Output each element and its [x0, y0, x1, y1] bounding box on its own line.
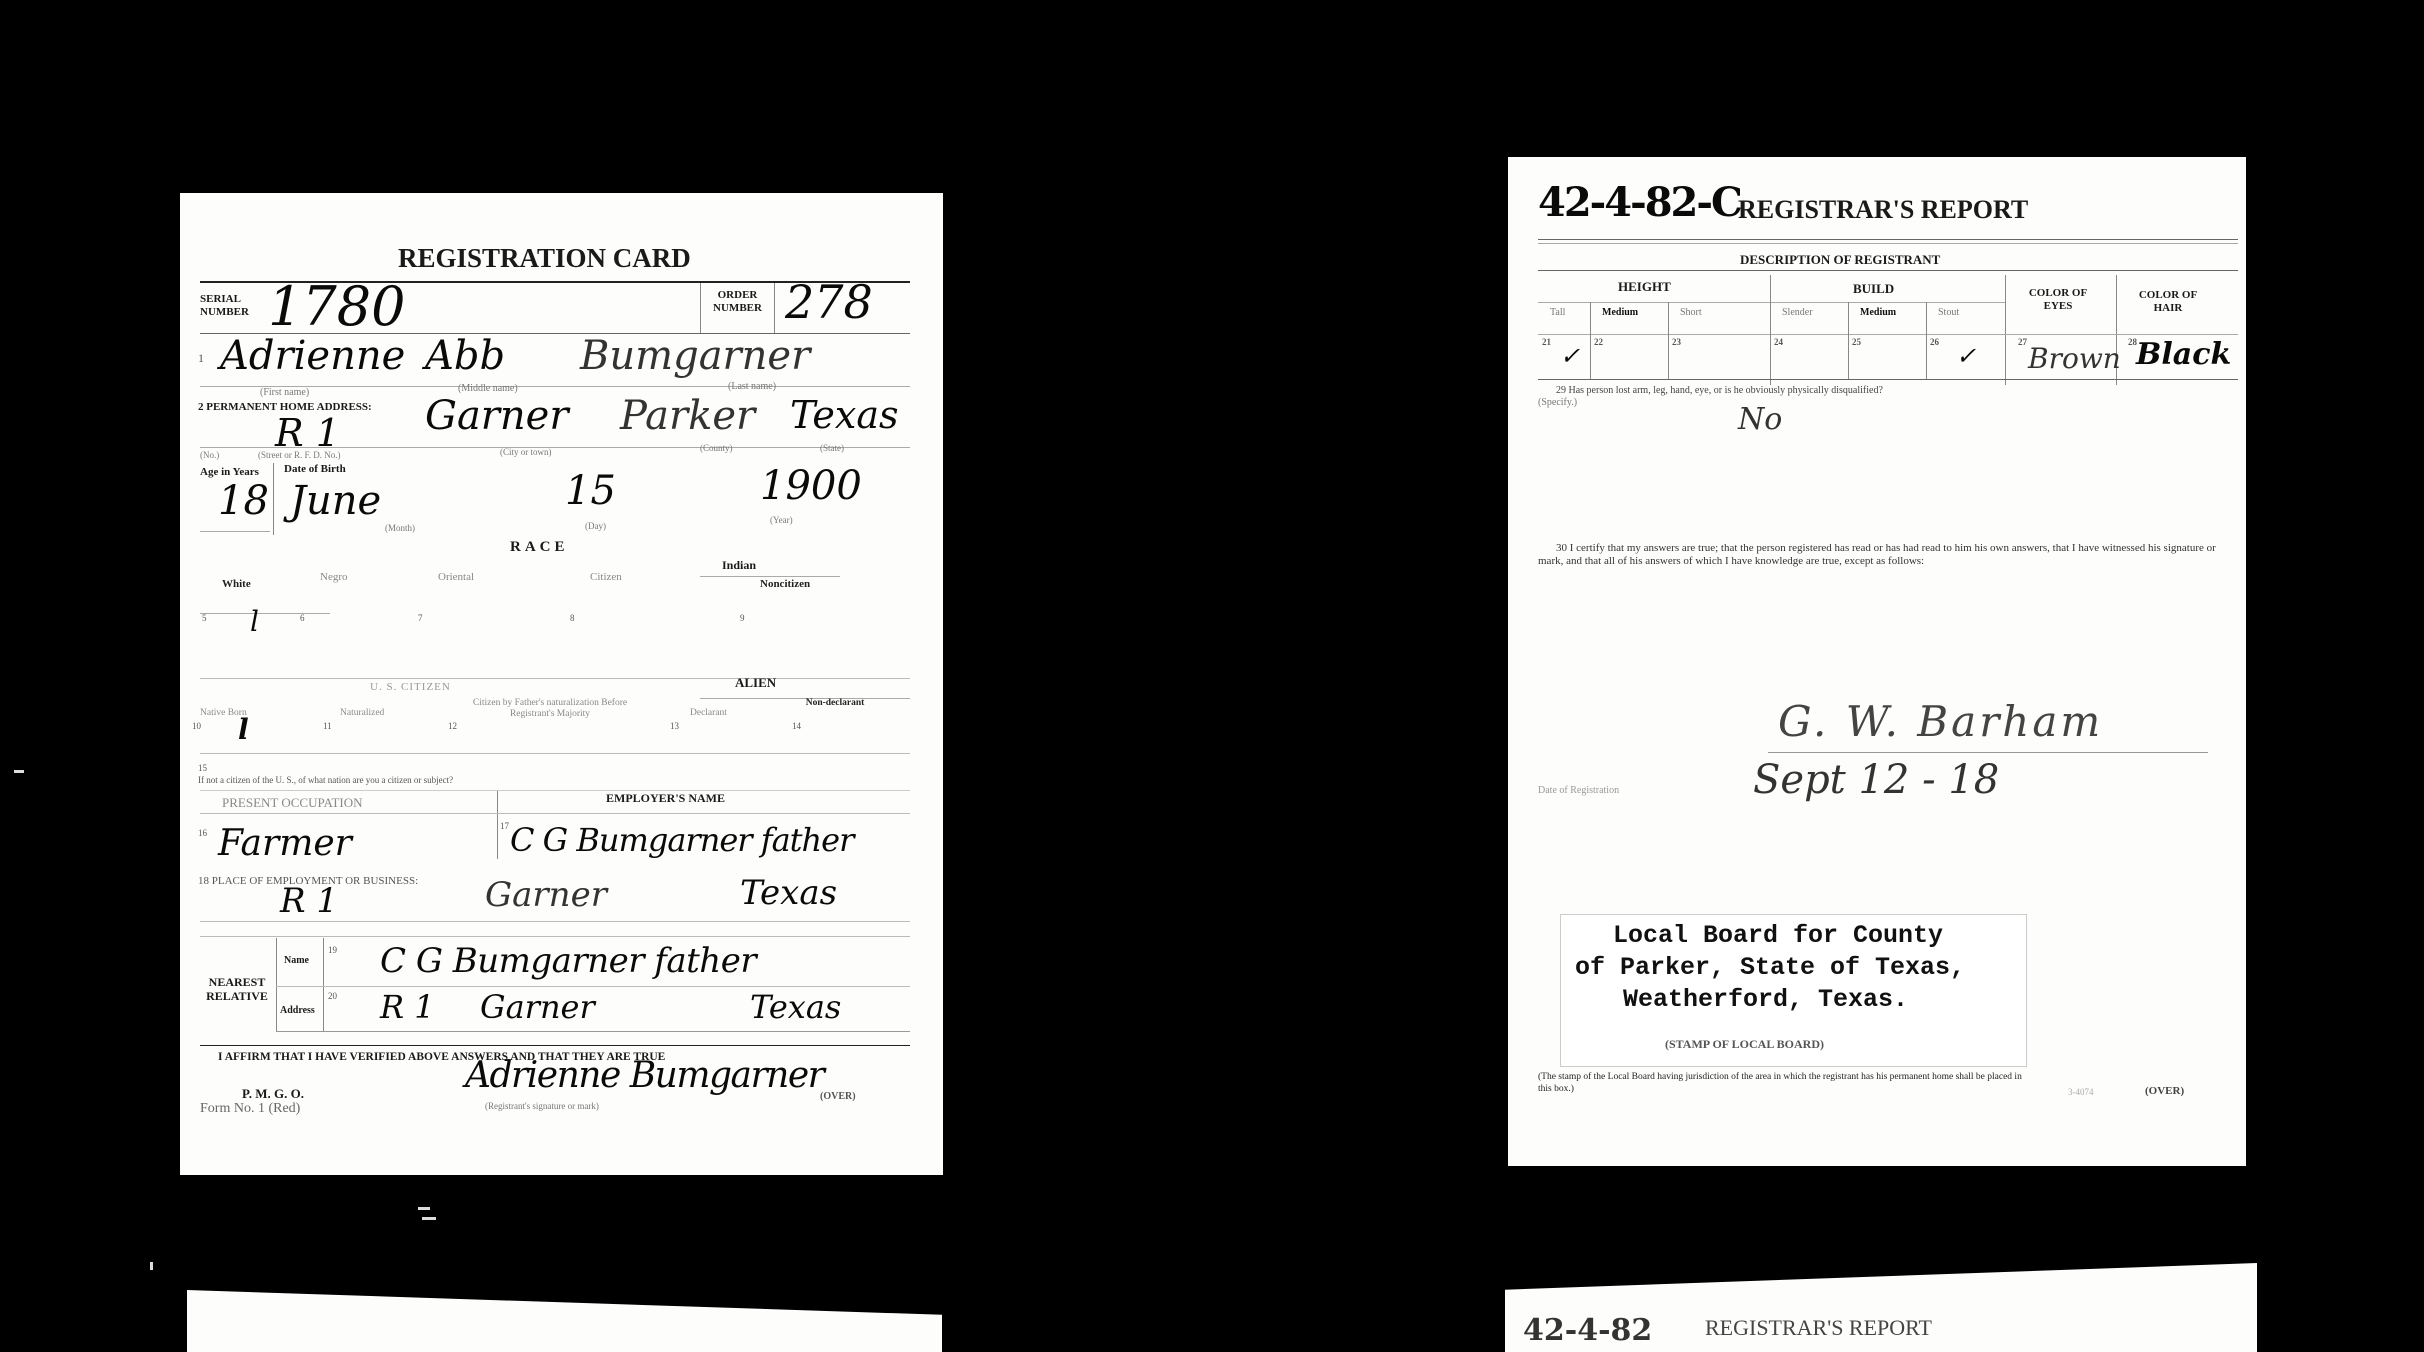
field-number: 1: [198, 351, 204, 366]
handwritten-code: 42-4-82-C: [1538, 179, 1741, 226]
native-born-mark: l: [238, 713, 249, 746]
citizen-heading: U. S. CITIZEN: [370, 681, 451, 693]
race-heading: RACE: [510, 539, 569, 556]
stamp-line: Weatherford, Texas.: [1623, 985, 1908, 1014]
question-29-specify: (Specify.): [1538, 397, 1577, 408]
field-number: 8: [570, 613, 575, 623]
dob-label: Date of Birth: [284, 463, 346, 475]
home-state: Texas: [790, 393, 898, 437]
stamp-line: Local Board for County: [1613, 921, 1943, 950]
order-number: 278: [785, 275, 873, 329]
field-number: 9: [740, 613, 745, 623]
field-number: 27: [2018, 337, 2027, 347]
field-number: 15: [198, 763, 207, 773]
serial-label: SERIAL NUMBER: [200, 293, 262, 319]
height-tall-mark: ✓: [1560, 342, 1580, 370]
description-column-label: Medium: [1602, 307, 1638, 318]
next-registrars-report-peek: 42-4-82 REGISTRAR'S REPORT: [1505, 1263, 2257, 1352]
registration-date: Sept 12 - 18: [1753, 757, 1999, 803]
race-column-label: White: [222, 578, 251, 590]
eye-color-value: Brown: [2028, 342, 2121, 375]
field-number: 14: [792, 721, 801, 731]
nearest-relative-label: NEAREST RELATIVE: [202, 975, 272, 1003]
field-number: 13: [670, 721, 679, 731]
first-name: Adrienne: [220, 333, 405, 379]
field-number: 28: [2128, 337, 2137, 347]
eye-color-heading: COLOR OF EYES: [2023, 287, 2093, 313]
description-column-label: Short: [1680, 307, 1702, 318]
report-title: REGISTRAR'S REPORT: [1738, 195, 2028, 225]
employer-heading: EMPLOYER'S NAME: [606, 791, 725, 806]
middle-name: Abb: [425, 333, 505, 379]
description-column-label: Stout: [1938, 307, 1959, 318]
dob-year-label: (Year): [770, 515, 793, 525]
field-number: 12: [448, 721, 457, 731]
employment-state: Texas: [740, 873, 837, 913]
field-number: 10: [192, 721, 201, 731]
field-number: 11: [323, 721, 332, 731]
order-label: ORDER NUMBER: [705, 289, 770, 315]
field-number: 20: [328, 991, 337, 1001]
form-code: 3-4074: [2068, 1087, 2094, 1097]
over-label: (OVER): [2145, 1085, 2184, 1097]
table-divider: [1770, 302, 1771, 379]
home-county: Parker: [620, 393, 755, 439]
scan-artifact: [418, 1207, 430, 1210]
table-divider: [1668, 302, 1669, 379]
height-heading: HEIGHT: [1618, 279, 1671, 295]
addr-county-label: (County): [700, 443, 733, 453]
relative-name-value: C G Bumgarner father: [380, 941, 756, 981]
scan-artifact: [150, 1262, 153, 1270]
field-number: 21: [1542, 337, 1551, 347]
last-name: Bumgarner: [580, 333, 810, 379]
registration-card: REGISTRATION CARD SERIAL NUMBER 1780 ORD…: [180, 193, 943, 1175]
build-stout-mark: ✓: [1956, 342, 1976, 370]
addr-state-label: (State): [820, 443, 844, 453]
field15-label: If not a citizen of the U. S., of what n…: [198, 775, 453, 785]
field-number: 22: [1594, 337, 1603, 347]
occupation-heading: PRESENT OCCUPATION: [222, 795, 363, 811]
stamp-note: (The stamp of the Local Board having jur…: [1538, 1071, 2028, 1095]
occupation-value: Farmer: [218, 823, 352, 864]
race-column-label: Oriental: [438, 571, 474, 583]
employer-value: C G Bumgarner father: [510, 821, 853, 859]
registrant-signature: Adrienne Bumgarner: [465, 1055, 823, 1096]
dob-day: 15: [565, 468, 616, 514]
hair-color-value: Black: [2136, 337, 2231, 372]
dob-day-label: (Day): [585, 521, 606, 531]
field-number: 26: [1930, 337, 1939, 347]
first-name-label: (First name): [260, 387, 309, 398]
citizen-column-label: Naturalized: [340, 708, 384, 718]
table-divider: [1848, 302, 1849, 379]
registrars-report-card: 42-4-82-C REGISTRAR'S REPORT DESCRIPTION…: [1508, 157, 2246, 1166]
date-label: Date of Registration: [1538, 785, 1619, 796]
race-column-label: Noncitizen: [760, 578, 810, 590]
local-board-stamp: Local Board for County of Parker, State …: [1560, 914, 2027, 1067]
relative-rfd: R 1: [380, 988, 435, 1026]
dob-month: June: [290, 478, 381, 524]
question-29-answer: No: [1738, 402, 1782, 437]
citizen-column-label: Citizen by Father's naturalization Befor…: [450, 698, 650, 720]
last-name-label: (Last name): [728, 381, 776, 392]
field-number: 25: [1852, 337, 1861, 347]
field-number: 19: [328, 945, 337, 955]
table-divider: [1926, 302, 1927, 379]
alien-heading: ALIEN: [735, 675, 776, 691]
race-white-mark: l: [250, 605, 259, 638]
signature-label: (Registrant's signature or mark): [485, 1101, 599, 1111]
over-label: (OVER): [820, 1091, 856, 1102]
description-column-label: Medium: [1860, 307, 1896, 318]
form-id: P. M. G. O.: [242, 1086, 304, 1102]
field-number: 6: [300, 613, 305, 623]
stamp-line: of Parker, State of Texas,: [1575, 953, 1965, 982]
build-heading: BUILD: [1853, 281, 1894, 297]
report-subtitle: DESCRIPTION OF REGISTRANT: [1740, 252, 1940, 268]
indian-label: Indian: [722, 558, 756, 573]
addr-no-label: (No.): [200, 450, 219, 460]
peek-code: 42-4-82: [1523, 1313, 1652, 1348]
citizen-column-label: Declarant: [690, 708, 727, 718]
table-divider: [1590, 302, 1591, 379]
stamp-label: (STAMP OF LOCAL BOARD): [1665, 1037, 1824, 1052]
scan-artifact: [14, 770, 24, 773]
relative-state: Texas: [750, 988, 841, 1026]
dob-month-label: (Month): [385, 523, 415, 533]
relative-city: Garner: [480, 988, 595, 1026]
form-number: Form No. 1 (Red): [200, 1101, 300, 1117]
registrar-signature: G. W. Barham: [1778, 697, 2103, 746]
field-number: 7: [418, 613, 423, 623]
home-rfd: R 1: [275, 411, 340, 455]
peek-title: REGISTRAR'S REPORT: [1705, 1315, 1932, 1341]
field-number: 23: [1672, 337, 1681, 347]
age-value: 18: [218, 478, 269, 524]
addr-street-label: (Street or R. F. D. No.): [258, 450, 341, 460]
employment-rfd: R 1: [280, 881, 338, 921]
race-column-label: Citizen: [590, 571, 622, 583]
hair-color-heading: COLOR OF HAIR: [2133, 289, 2203, 315]
field-number: 16: [198, 828, 207, 838]
field-number: 17: [500, 821, 509, 831]
card-title: REGISTRATION CARD: [398, 243, 691, 274]
serial-number: 1780: [268, 275, 405, 338]
description-column-label: Slender: [1782, 307, 1813, 318]
citizen-column-label: Non-declarant: [800, 698, 870, 708]
next-registration-card-peek: [187, 1290, 942, 1352]
employment-city: Garner: [485, 875, 607, 915]
field-number: 5: [202, 613, 207, 623]
field-number: 24: [1774, 337, 1783, 347]
age-label: Age in Years: [200, 466, 259, 478]
scan-artifact: [422, 1217, 436, 1220]
dob-year: 1900: [760, 463, 862, 509]
relative-name-label: Name: [284, 955, 309, 966]
question-29: 29 Has person lost arm, leg, hand, eye, …: [1556, 385, 1883, 396]
addr-city-label: (City or town): [500, 447, 552, 457]
race-column-label: Negro: [320, 571, 348, 583]
relative-address-label: Address: [280, 1005, 315, 1016]
description-column-label: Tall: [1550, 307, 1565, 318]
home-city: Garner: [425, 393, 568, 439]
question-30: 30 I certify that my answers are true; t…: [1538, 542, 2238, 568]
